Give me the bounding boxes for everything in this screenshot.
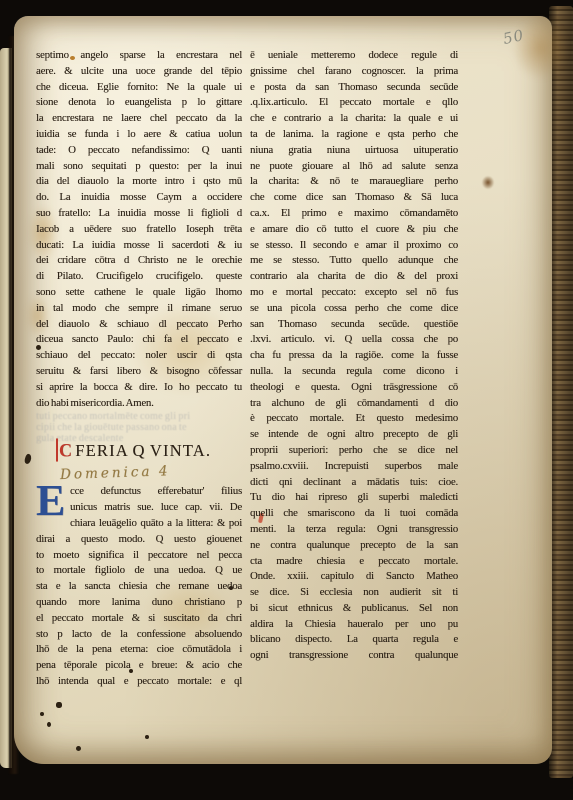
ink-speck [145,735,149,739]
text-line: sono sette cathene le quale ligāo lhomo [36,285,242,301]
text-line: lhō intenda qual e peccato mortale: e ql [36,674,242,690]
text-line: del diauolo & schiauo dl peccato Perho [36,317,242,333]
text-line: gnissime chel farano cognoscer. la prima [250,64,458,80]
text-line: iuidia se funda i lo aere & catiua uolun [36,127,242,143]
text-line: ducati: La iuidia mosse li sacerdoti & i… [36,238,242,254]
text-line: san Thomaso secunda secūde. questiōe [250,317,458,333]
text-column-right: ē ueniale metteremo dodece regule dignis… [250,48,458,664]
text-line: quelli che smariscono da li tuoi comāda [250,506,458,522]
text-line: schiauo del peccato: noler uscir di qsta [36,348,242,364]
text-line: .q.lix.articulo. El peccato mortale e ql… [250,95,458,111]
text-line: aldira la Chiesia haueralo per uno pu [250,617,458,633]
text-line: pena tēporale picola e breue: & acio che [36,658,242,674]
text-line: menti. la terza regula: Ogni transgressi… [250,522,458,538]
text-line: .lxvi. articulo. vi. Q uella cossa che p… [250,332,458,348]
text-line: dio habi misericordia. Amen. [36,396,242,412]
text-line: nulla. la secunda regula come dicono i [250,364,458,380]
illuminated-initial: E [36,486,64,516]
folio-number: 50 [501,26,525,48]
text-line: mali sono sequitati p questo: per la inu… [36,159,242,175]
paragraph-sermon: septimo angelo sparse la encrestara nela… [36,48,242,411]
text-line: dei cridare cōtra d Christo ne le orechi… [36,253,242,269]
text-line: seruitu & farsi libero & bisogno cōfessa… [36,364,242,380]
text-line: se una picola cossa perho che come dice [250,301,458,317]
text-line: che e contrario a la charita: la quale e… [250,111,458,127]
manuscript-page: 50 septimo angelo sparse la encrestara n… [14,16,552,764]
text-line: aere. & ulcite una uoce grande del tēpio [36,64,242,80]
text-line: septimo angelo sparse la encrestara nel [36,48,242,64]
text-line: cha fu pressa da la ragiōe. come la fuss… [250,348,458,364]
text-line: e amare dio cō tutto el cuore & piu che [250,222,458,238]
text-line: Onde. xxiii. capitulo di Sancto Matheo [250,569,458,585]
text-line: e posta da san Thomaso secunda secūde [250,80,458,96]
text-line: cta madre chiesia e peccato mortale. [250,554,458,570]
text-line: ca.x. El primo e maximo cōmandamēto [250,206,458,222]
text-line: el peccato mortale & si suscitato da chr… [36,611,242,627]
text-line: la charita: & nō te marauegliare perho [250,174,458,190]
text-line: la encrestara ne laere chel peccato da l… [36,111,242,127]
ink-speck [76,746,81,751]
text-line: to moeto significa il peccatore nel pecc… [36,548,242,564]
text-line: dirai a questo modo. Q uesto giouenet [36,532,242,548]
ink-speck [47,722,51,727]
text-line: se stesso. Il secondo e amar il proximo … [250,238,458,254]
text-line: contrario ala charita de dio & del proxi [250,269,458,285]
text-line: dicti qni declinant a mādatis tuis: cioe… [250,475,458,491]
text-line: ne puote giouare al lhō ad salute senza [250,159,458,175]
text-column-left: septimo angelo sparse la encrestara nela… [36,48,242,690]
text-line: bi sicut ethnicus & publicanus. Sel non [250,601,458,617]
text-line: psalmo.cxviii. Increpuisti superbos male [250,459,458,475]
text-line: tra alchuno de gli cōmandamenti d dio [250,396,458,412]
text-line: sione denota lo euangelista p lo gittare [36,95,242,111]
ink-speck [24,453,33,464]
text-line: tade: O peccato nefandissimo: Q uanti [36,143,242,159]
text-line: suo fratello: La inuidia mosse li figlio… [36,206,242,222]
text-line: do. La inuidia mosse Caym a occidere [36,190,242,206]
text-line: che come dice san Thomaso & Sā luca [250,190,458,206]
text-line: dia del diauolo la morte intro i qsto mū [36,174,242,190]
paragraph-mark-icon: C [56,439,73,462]
text-line: to mortale figliolo de una uedoa. Q ue [36,563,242,579]
text-line: unicus matris sue. luce cap. vii. De [36,500,242,516]
text-line: diceua sancto Paulo: chi fa el peccato e [36,332,242,348]
ink-speck [56,702,62,708]
text-line: ta de lanima. la ragione e qsta perho ch… [250,127,458,143]
text-line: mo e mortal peccato: excepto sel nō fus [250,285,458,301]
book-fore-edge [549,6,573,778]
stain [482,176,494,189]
text-line: Iacob a uēdere suo fratello Ioseph trēta [36,222,242,238]
text-line: lhō de la pena eterna: cioe cōmutādola i [36,642,242,658]
text-line: tuti peccano mortalmēte come gli pri [36,411,242,422]
handwritten-annotation: Domenica 4 [60,460,243,484]
text-line: se dice. Si ecclesia non audierit sit ti [250,585,458,601]
book-photo: { "folio_number": "50", "annotation_hand… [0,0,573,800]
text-line: theologi e questa. Ogni trāsgressione cō [250,380,458,396]
text-line: sto p lacto de la confessione absoluendo [36,627,242,643]
text-line: blicano dispecto. La quarta regula e [250,632,458,648]
text-line: me se stesso. Tutto quello adunque che [250,253,458,269]
text-line: è peccato mortale. Et questo medesimo [250,411,458,427]
text-line: si aprire la bocca & dire. Io ho peccato… [36,380,242,396]
text-line: se intende de ogni altro precepto de gli [250,427,458,443]
text-line: ogni transgressione contra qualunque [250,648,458,664]
show-through-text: tuti peccano mortalmēte come gli pricipi… [36,411,242,437]
text-line: Tu dio hai ripreso gli superbi maledicti [250,490,458,506]
paragraph-gospel: E cce defunctus efferebatur' filiusunicu… [36,484,242,689]
text-line: ē ueniale metteremo dodece regule di [250,48,458,64]
text-line: ne contra qualunque precepto de la san [250,538,458,554]
text-line: che diceua. Eglie fornito: Ne la quale u… [36,80,242,96]
text-line: di Pilato. Crucifigelo crucifigelo. ques… [36,269,242,285]
text-line: quando more lanima duno christiano p [36,595,242,611]
text-line: cce defunctus efferebatur' filius [36,484,242,500]
text-line: proprii superiori: perho che se dice nel [250,443,458,459]
ink-speck [40,712,44,716]
text-line: cipii che la giouētute passano ona te [36,422,242,433]
text-line: sta e la sancta chiesia che remane uedoa [36,579,242,595]
text-line: niuna gratia niuna uirtuosa uituperatio [250,143,458,159]
text-line: in tal modo che sempre il rimane seruo [36,301,242,317]
text-line: chiara leuāgelio quāto a la littera: & p… [36,516,242,532]
